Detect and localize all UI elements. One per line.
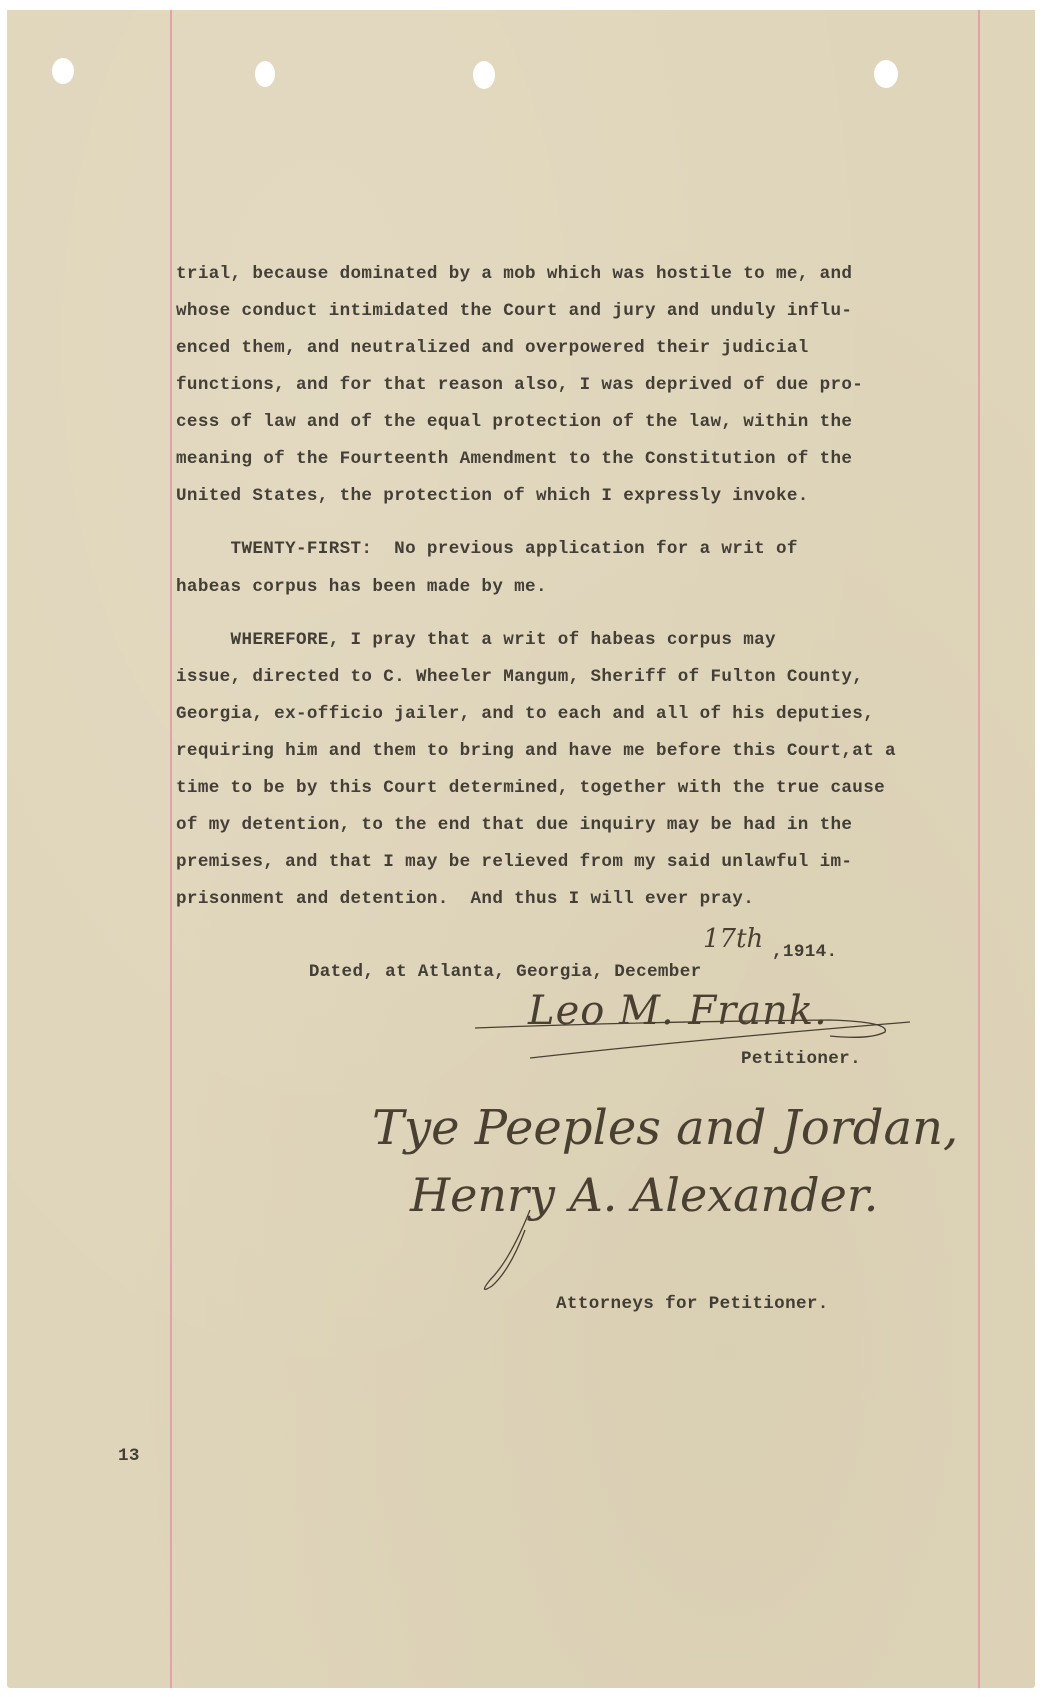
paragraph-wherefore: WHEREFORE, I pray that a writ of habeas … (176, 630, 198, 810)
page-number: 13 (118, 1446, 140, 1466)
dated-line: Dated, at Atlanta, Georgia, December (287, 942, 702, 982)
punch-hole-right (473, 61, 495, 89)
text-line: habeas corpus has been made by me. (176, 577, 547, 597)
text-line: WHEREFORE, I pray that a writ of habeas … (176, 630, 776, 650)
petitioner-signature: Leo M. Frank. (528, 988, 828, 1034)
text-line: trial, because dominated by a mob which … (176, 264, 852, 284)
text-line: premises, and that I may be relieved fro… (176, 852, 852, 872)
text-line: TWENTY-FIRST: No previous application fo… (176, 539, 798, 559)
text-line: enced them, and neutralized and overpowe… (176, 338, 809, 358)
text-line: meaning of the Fourteenth Amendment to t… (176, 449, 852, 469)
text-line: whose conduct intimidated the Court and … (176, 301, 852, 321)
dated-suffix: ,1914. (772, 942, 837, 962)
left-margin-rule (170, 10, 172, 1688)
attorneys-label: Attorneys for Petitioner. (556, 1294, 829, 1314)
punch-hole-edge (874, 60, 898, 88)
document-page (7, 10, 1035, 1688)
text-line: functions, and for that reason also, I w… (176, 375, 863, 395)
text-line: issue, directed to C. Wheeler Mangum, Sh… (176, 667, 863, 687)
text-line: of my detention, to the end that due inq… (176, 815, 852, 835)
punch-hole-left (52, 58, 74, 84)
text-line: United States, the protection of which I… (176, 486, 809, 506)
paragraph-continuation: trial, because dominated by a mob which … (176, 264, 198, 424)
punch-hole-center (255, 61, 275, 87)
text-line: requiring him and them to bring and have… (176, 741, 896, 761)
paragraph-twenty-first: TWENTY-FIRST: No previous application fo… (176, 539, 198, 599)
petitioner-label: Petitioner. (741, 1049, 861, 1069)
dated-prefix: Dated, at Atlanta, Georgia, December (309, 962, 702, 982)
handwritten-day: 17th (703, 924, 763, 954)
attorney-signature-line-1: Tye Peeples and Jordan, (372, 1100, 958, 1156)
attorney-signature-loop (470, 1190, 570, 1310)
right-margin-rule (978, 10, 980, 1688)
text-line: Georgia, ex-officio jailer, and to each … (176, 704, 874, 724)
text-line: time to be by this Court determined, tog… (176, 778, 885, 798)
text-line: prisonment and detention. And thus I wil… (176, 889, 754, 909)
text-line: cess of law and of the equal protection … (176, 412, 852, 432)
